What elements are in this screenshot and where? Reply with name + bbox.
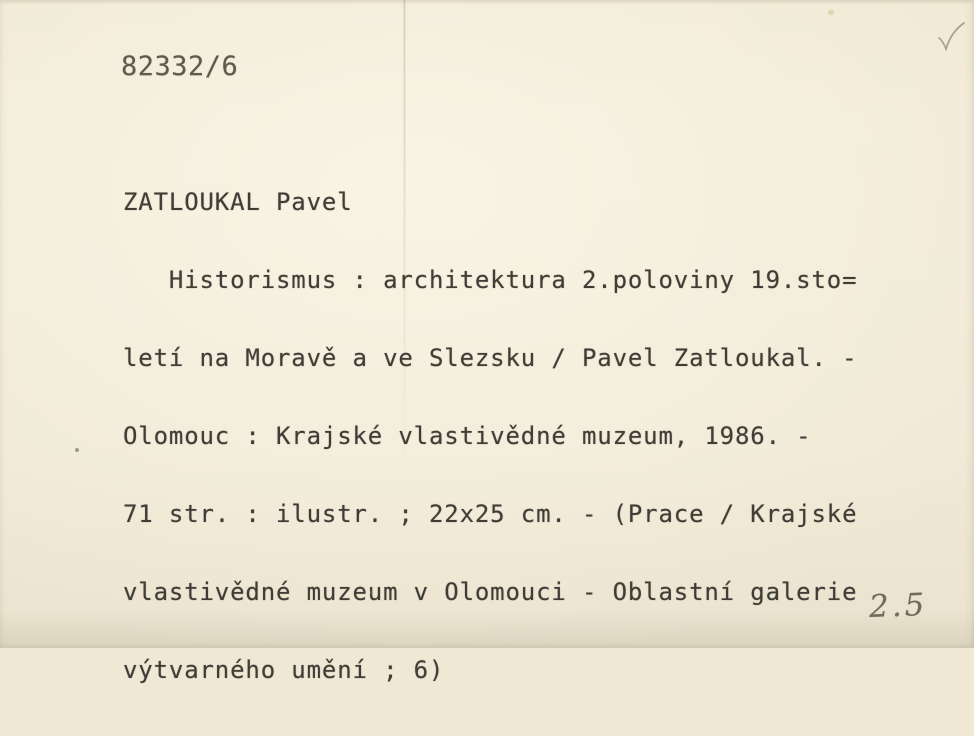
price-note: 2.5 [868, 587, 928, 625]
checkmark-icon [933, 18, 967, 56]
entry-line-imprint: Olomouc : Krajské vlastivědné muzeum, 19… [123, 423, 857, 449]
entry-line-collation: 71 str. : ilustr. ; 22x25 cm. - (Prace /… [123, 501, 857, 527]
catalog-entry: ZATLOUKAL Pavel Historismus : architektu… [123, 137, 857, 648]
paper-speck [75, 448, 79, 452]
entry-line-series: vlastivědné muzeum v Olomouci - Oblastní… [123, 579, 857, 605]
entry-line-title: Historismus : architektura 2.poloviny 19… [123, 267, 857, 293]
paper-speck [370, 591, 373, 594]
entry-line-heading: ZATLOUKAL Pavel [123, 189, 857, 215]
catalog-card: 82332/6 ZATLOUKAL Pavel Historismus : ar… [0, 0, 974, 648]
paper-speck [828, 10, 834, 15]
call-number: 82332/6 [121, 52, 238, 82]
entry-line-title-2: letí na Moravě a ve Slezsku / Pavel Zatl… [123, 345, 857, 371]
